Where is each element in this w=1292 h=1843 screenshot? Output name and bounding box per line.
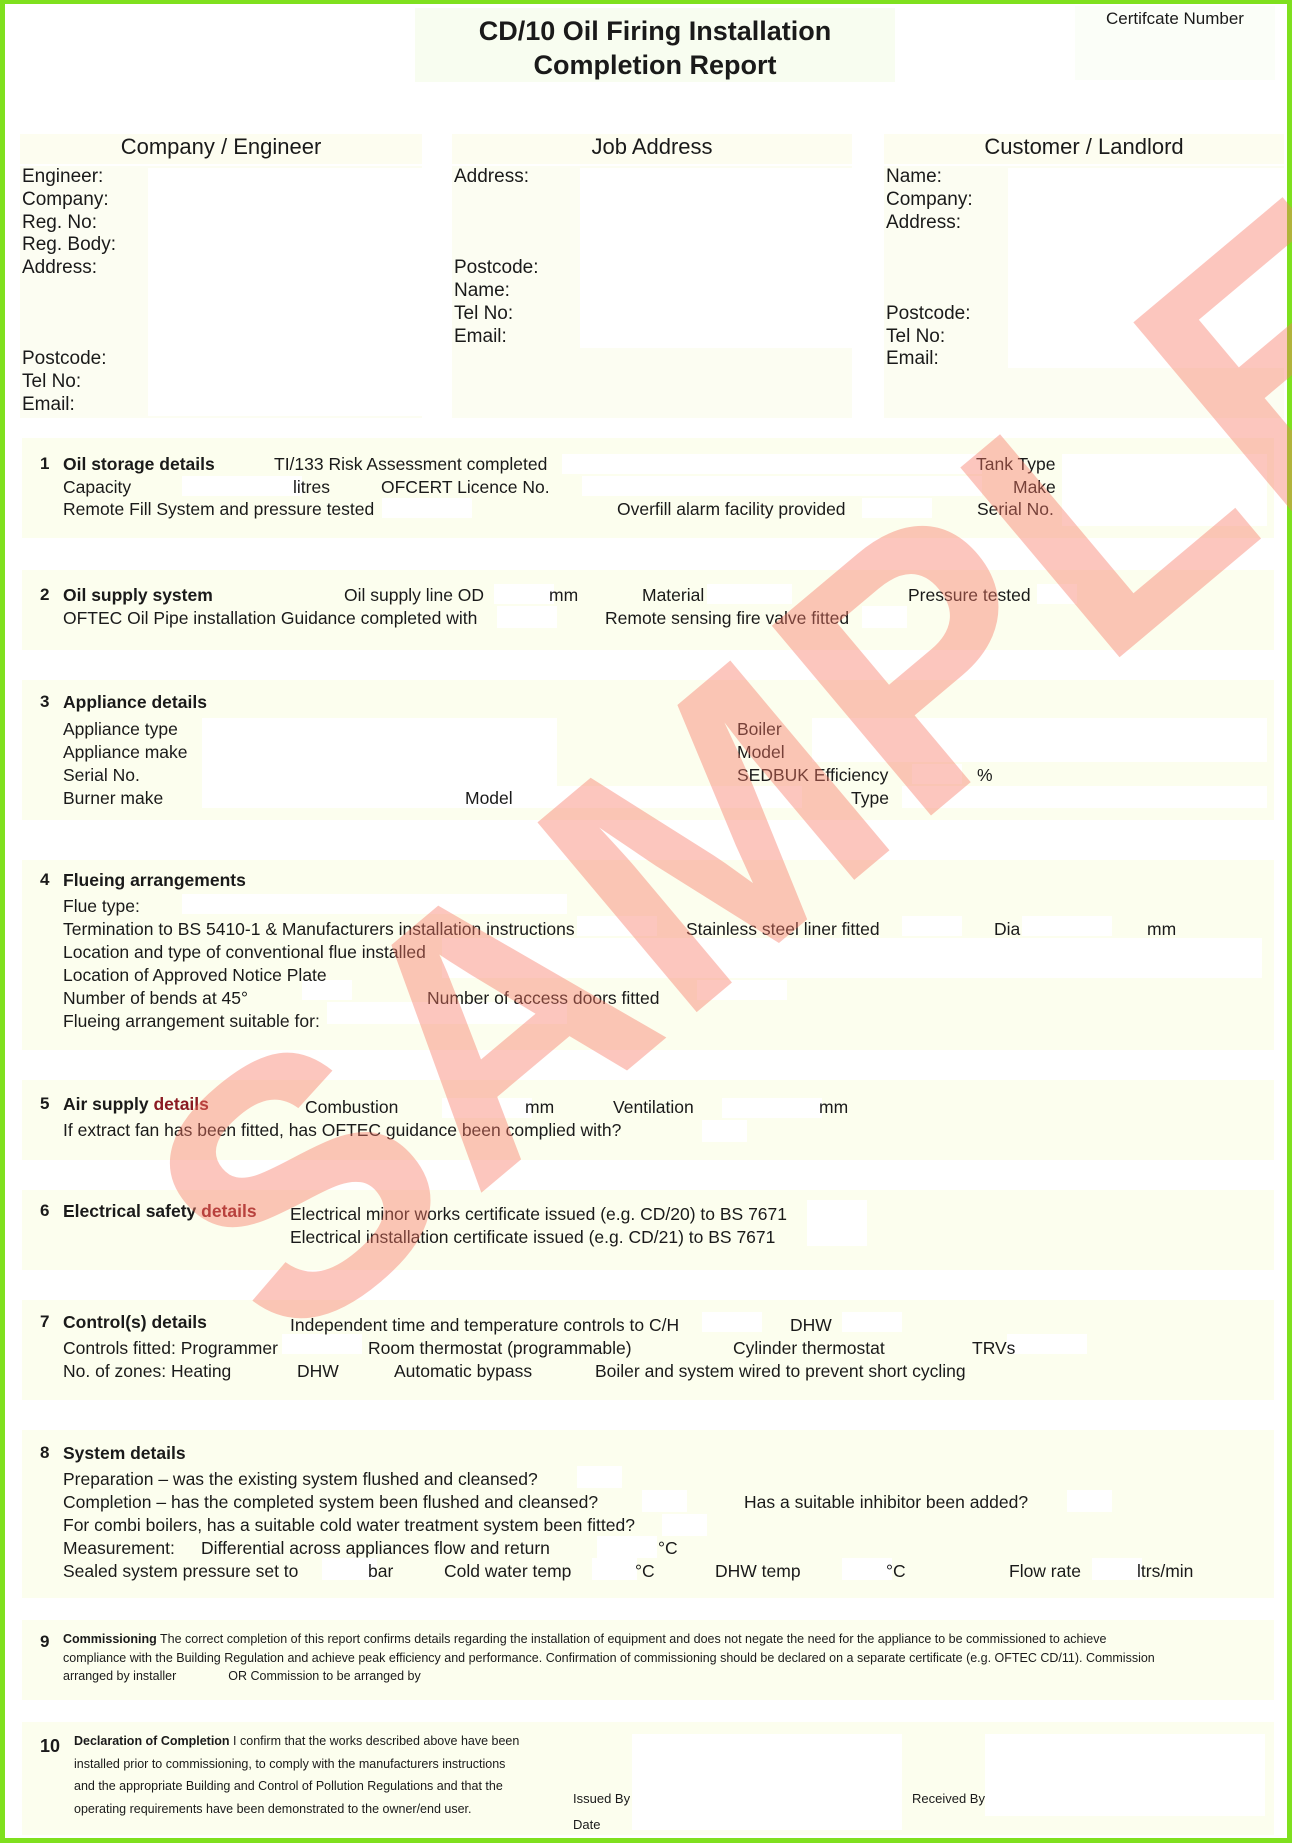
party-field-label: Address: — [454, 166, 539, 189]
combi-treatment-label: For combi boilers, has a suitable cold w… — [63, 1515, 635, 1536]
customer-landlord-panel: Name:Company:Address:Postcode:Tel No:Ema… — [884, 166, 1284, 418]
section-number: 7 — [40, 1312, 49, 1332]
trvs-label: TRVs — [972, 1338, 1015, 1359]
liner-field[interactable] — [902, 916, 962, 936]
section-number: 4 — [40, 870, 49, 890]
section-number: 6 — [40, 1201, 49, 1221]
dia-label: Dia — [994, 919, 1020, 940]
liner-label: Stainless steel liner fitted — [686, 919, 880, 940]
party-field-label: Tel No: — [22, 371, 116, 394]
report-title-line1: CD/10 Oil Firing Installation — [415, 14, 895, 48]
party-field-label: Company: — [22, 189, 116, 212]
mm-label: mm — [525, 1097, 554, 1118]
section-appliance: 3 Appliance details Appliance type Boile… — [22, 680, 1274, 820]
dia-field[interactable] — [1022, 916, 1112, 936]
cold-water-label: Cold water temp — [444, 1561, 571, 1582]
flue-location-field[interactable] — [442, 938, 1262, 978]
burner-type-field[interactable] — [902, 786, 1267, 808]
zones-dhw-label: DHW — [297, 1361, 339, 1382]
completion-field[interactable] — [642, 1490, 687, 1512]
ofcert-label: OFCERT Licence No. — [381, 477, 550, 498]
cylinder-thermostat-label: Cylinder thermostat — [733, 1338, 885, 1359]
commissioning-text: Commissioning The correct completion of … — [63, 1630, 1155, 1686]
percent-label: % — [977, 765, 993, 786]
flue-type-field[interactable] — [182, 894, 567, 914]
section-title: Appliance details — [63, 692, 207, 712]
party-field-label: Reg. No: — [22, 212, 116, 235]
declaration-text: Declaration of Completion I confirm that… — [74, 1730, 519, 1820]
access-doors-label: Number of access doors fitted — [427, 988, 659, 1009]
ofcert-field[interactable] — [582, 476, 982, 496]
party-field-label: Postcode: — [886, 303, 973, 326]
tank-type-label: Tank Type — [976, 454, 1055, 475]
party-field-label — [22, 303, 116, 326]
party-field-label: Company: — [886, 189, 973, 212]
dhw-controls-field[interactable] — [842, 1312, 902, 1332]
party-field-label: Address: — [886, 212, 973, 235]
party-field-label — [22, 280, 116, 303]
degc-label-3: °C — [886, 1561, 906, 1582]
party-field-label: Tel No: — [454, 303, 539, 326]
combustion-field[interactable] — [442, 1098, 532, 1118]
serial-label: Serial No. — [977, 499, 1054, 520]
mm-label: mm — [1147, 919, 1176, 940]
party-field-label: Address: — [22, 257, 116, 280]
section-number: 3 — [40, 692, 49, 712]
sealed-pressure-label: Sealed system pressure set to — [63, 1561, 298, 1582]
party-field-label — [454, 234, 539, 257]
make-label: Make — [1013, 477, 1056, 498]
party-field-label: Tel No: — [886, 326, 973, 349]
party-field-label — [454, 212, 539, 235]
room-thermostat-label: Room thermostat (programmable) — [368, 1338, 632, 1359]
party-field-label: Name: — [886, 166, 973, 189]
capacity-field[interactable] — [182, 476, 302, 496]
burner-model-label: Model — [465, 788, 513, 809]
differential-field[interactable] — [597, 1536, 657, 1558]
party-field-label — [886, 280, 973, 303]
received-by-signature-field[interactable] — [985, 1734, 1265, 1816]
burner-model-field[interactable] — [472, 786, 802, 808]
programmer-field[interactable] — [282, 1334, 362, 1354]
party-field-label — [886, 234, 973, 257]
sedbuk-label: SEDBUK Efficiency — [737, 765, 888, 786]
combi-treatment-field[interactable] — [662, 1514, 707, 1536]
section-electrical: 6 Electrical safety details Electrical m… — [22, 1190, 1274, 1270]
flue-type-label: Flue type: — [63, 896, 140, 917]
company-engineer-labels: Engineer:Company:Reg. No:Reg. Body:Addre… — [22, 166, 116, 417]
programmer-label: Controls fitted: Programmer — [63, 1338, 278, 1359]
section-number: 1 — [40, 454, 49, 474]
guidance-field[interactable] — [497, 606, 557, 628]
sedbuk-field[interactable] — [912, 764, 962, 784]
section-number: 9 — [40, 1632, 49, 1652]
completion-label: Completion – has the completed system be… — [63, 1492, 598, 1513]
boiler-model-field[interactable] — [812, 718, 1267, 762]
preparation-field[interactable] — [577, 1466, 622, 1488]
material-field[interactable] — [707, 584, 792, 604]
customer-landlord-labels: Name:Company:Address:Postcode:Tel No:Ema… — [886, 166, 973, 371]
section-oil-supply: 2 Oil supply system Oil supply line OD m… — [22, 570, 1274, 650]
company-engineer-panel: Engineer:Company:Reg. No:Reg. Body:Addre… — [20, 166, 422, 418]
section-title: Oil storage details — [63, 454, 215, 474]
independent-controls-label: Independent time and temperature control… — [290, 1315, 679, 1336]
title-block: CD/10 Oil Firing Installation Completion… — [415, 8, 895, 82]
model-label: Model — [737, 742, 785, 763]
bypass-label: Automatic bypass — [394, 1361, 532, 1382]
section-title: System details — [63, 1443, 186, 1463]
section-title: Oil supply system — [63, 585, 213, 605]
boiler-label: Boiler — [737, 719, 782, 740]
section-controls: 7 Control(s) details Independent time an… — [22, 1300, 1274, 1400]
bends-label: Number of bends at 45° — [63, 988, 248, 1009]
job-address-labels: Address:Postcode:Name:Tel No:Email: — [454, 166, 539, 348]
tank-details-field[interactable] — [1062, 454, 1267, 526]
section-system: 8 System details Preparation – was the e… — [22, 1430, 1274, 1598]
capacity-label: Capacity — [63, 477, 131, 498]
job-address-input[interactable] — [580, 168, 852, 348]
dhw-label: DHW — [790, 1315, 832, 1336]
burner-make-label: Burner make — [63, 788, 163, 809]
party-field-label — [22, 326, 116, 349]
party-field-label: Postcode: — [454, 257, 539, 280]
inhibitor-field[interactable] — [1067, 1490, 1112, 1512]
fire-valve-field[interactable] — [862, 606, 907, 628]
party-field-label: Email: — [886, 348, 973, 371]
material-label: Material — [642, 585, 704, 606]
section-number: 5 — [40, 1094, 49, 1114]
job-address-heading: Job Address — [452, 134, 852, 164]
pressure-tested-label: Pressure tested — [908, 585, 1031, 606]
job-address-panel: Address:Postcode:Name:Tel No:Email: — [452, 166, 852, 418]
oil-line-od-field[interactable] — [494, 584, 554, 604]
notice-plate-label: Location of Approved Notice Plate — [63, 965, 327, 986]
customer-landlord-input[interactable] — [1008, 168, 1284, 368]
customer-landlord-heading: Customer / Landlord — [884, 134, 1284, 164]
burner-type-label: Type — [851, 788, 889, 809]
party-field-label: Postcode: — [22, 348, 116, 371]
certificate-number-box[interactable]: Certifcate Number — [1075, 6, 1275, 80]
section-flueing: 4 Flueing arrangements Flue type: Termin… — [22, 860, 1274, 1050]
fire-valve-label: Remote sensing fire valve fitted — [605, 608, 849, 629]
date-label: Date — [573, 1817, 600, 1832]
mm-label: mm — [549, 585, 578, 606]
appliance-type-label: Appliance type — [63, 719, 178, 740]
remote-fill-field[interactable] — [382, 498, 472, 518]
party-field-label: Email: — [454, 326, 539, 349]
differential-label: Differential across appliances flow and … — [201, 1538, 550, 1559]
section-commissioning: 9 Commissioning The correct completion o… — [22, 1620, 1274, 1700]
party-field-label — [886, 257, 973, 280]
trvs-field[interactable] — [1007, 1334, 1087, 1354]
electrical-cert-field[interactable] — [807, 1200, 867, 1246]
party-field-label: Reg. Body: — [22, 234, 116, 257]
guidance-label: OFTEC Oil Pipe installation Guidance com… — [63, 608, 477, 629]
oil-line-od-label: Oil supply line OD — [344, 585, 484, 606]
bar-label: bar — [368, 1561, 393, 1582]
section-title: Electrical safety details — [63, 1201, 257, 1222]
degc-label: °C — [658, 1538, 678, 1559]
preparation-label: Preparation – was the existing system fl… — [63, 1469, 538, 1490]
issued-by-label: Issued By — [573, 1791, 630, 1806]
ltrs-min-label: ltrs/min — [1137, 1561, 1193, 1582]
remote-fill-label: Remote Fill System and pressure tested — [63, 499, 374, 520]
company-engineer-input[interactable] — [148, 168, 422, 416]
overfill-label: Overfill alarm facility provided — [617, 499, 846, 520]
received-by-label: Received By — [912, 1791, 985, 1806]
degc-label-2: °C — [635, 1561, 655, 1582]
extract-fan-label: If extract fan has been fitted, has OFTE… — [63, 1120, 621, 1141]
party-field-label: Email: — [22, 394, 116, 417]
party-field-label — [454, 189, 539, 212]
mm-label-2: mm — [819, 1097, 848, 1118]
section-oil-storage: 1 Oil storage details TI/133 Risk Assess… — [22, 438, 1274, 538]
ventilation-label: Ventilation — [613, 1097, 694, 1118]
section-number: 10 — [40, 1736, 60, 1757]
combustion-label: Combustion — [305, 1097, 398, 1118]
issued-by-signature-field[interactable] — [632, 1734, 902, 1830]
inhibitor-label: Has a suitable inhibitor been added? — [744, 1492, 1028, 1513]
minor-works-label: Electrical minor works certificate issue… — [290, 1204, 787, 1225]
company-engineer-heading: Company / Engineer — [20, 134, 422, 164]
risk-assessment-label: TI/133 Risk Assessment completed — [274, 454, 547, 475]
access-doors-field[interactable] — [697, 980, 787, 1000]
suitable-for-label: Flueing arrangement suitable for: — [63, 1011, 320, 1032]
section-declaration: 10 Declaration of Completion I confirm t… — [22, 1722, 1274, 1835]
ventilation-field[interactable] — [722, 1098, 822, 1118]
certificate-number-label: Certifcate Number — [1075, 9, 1275, 29]
section-number: 2 — [40, 585, 49, 605]
litres-label: litres — [293, 477, 330, 498]
flow-rate-field[interactable] — [1092, 1558, 1142, 1580]
cold-water-field[interactable] — [592, 1558, 637, 1580]
flue-location-label: Location and type of conventional flue i… — [63, 942, 426, 963]
section-number: 8 — [40, 1443, 49, 1463]
appliance-make-label: Appliance make — [63, 742, 188, 763]
section-air-supply: 5 Air supply details Combustion mm Venti… — [22, 1080, 1274, 1160]
party-field-label: Engineer: — [22, 166, 116, 189]
party-field-label: Name: — [454, 280, 539, 303]
termination-label: Termination to BS 5410-1 & Manufacturers… — [63, 919, 575, 940]
pressure-tested-field[interactable] — [1037, 584, 1077, 604]
flow-rate-label: Flow rate — [1009, 1561, 1081, 1582]
measurement-label: Measurement: — [63, 1538, 175, 1559]
dhw-temp-field[interactable] — [842, 1558, 892, 1580]
installation-cert-label: Electrical installation certificate issu… — [290, 1227, 775, 1248]
section-title: Air supply details — [63, 1094, 209, 1115]
report-title-line2: Completion Report — [415, 48, 895, 82]
zones-heating-label: No. of zones: Heating — [63, 1361, 231, 1382]
section-title: Flueing arrangements — [63, 870, 246, 890]
overfill-field[interactable] — [862, 498, 932, 518]
dhw-temp-label: DHW temp — [715, 1561, 801, 1582]
serial-label: Serial No. — [63, 765, 140, 786]
ch-controls-field[interactable] — [702, 1312, 762, 1332]
section-title: Control(s) details — [63, 1312, 207, 1332]
short-cycling-label: Boiler and system wired to prevent short… — [595, 1361, 966, 1382]
risk-assessment-field[interactable] — [562, 454, 982, 474]
termination-field[interactable] — [577, 916, 657, 936]
extract-fan-field[interactable] — [702, 1120, 747, 1142]
